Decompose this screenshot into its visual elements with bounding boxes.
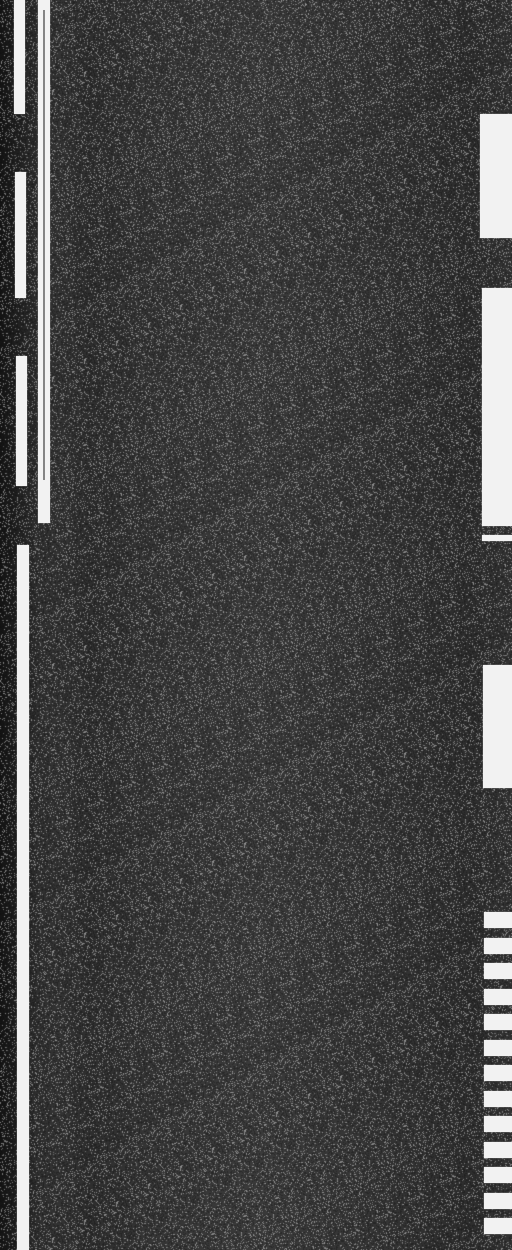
hatch-bar <box>484 963 512 979</box>
asphalt-texture <box>0 0 512 1250</box>
hatch-bar <box>484 1065 512 1081</box>
right-block-2 <box>482 288 512 526</box>
hatch-bar <box>484 1014 512 1030</box>
hatch-bar <box>484 1218 512 1234</box>
hatch-bar <box>484 1193 512 1209</box>
hatch-bar <box>484 989 512 1005</box>
left-dash-1 <box>14 0 25 114</box>
right-block-2b <box>482 535 512 541</box>
hatch-bar <box>484 1116 512 1132</box>
hatch-bar <box>484 1040 512 1056</box>
hatch-bar <box>484 1091 512 1107</box>
hatch-bar <box>484 912 512 928</box>
hatch-bar <box>484 1167 512 1183</box>
paint-crack <box>43 10 45 480</box>
left-dash-3 <box>16 356 27 486</box>
hatch-bar <box>484 1142 512 1158</box>
hatch-bar <box>484 938 512 954</box>
left-solid-lower <box>17 545 29 1250</box>
road-scene <box>0 0 512 1250</box>
right-block-1 <box>480 114 512 238</box>
left-dash-2 <box>15 172 26 298</box>
right-block-3 <box>483 665 512 788</box>
